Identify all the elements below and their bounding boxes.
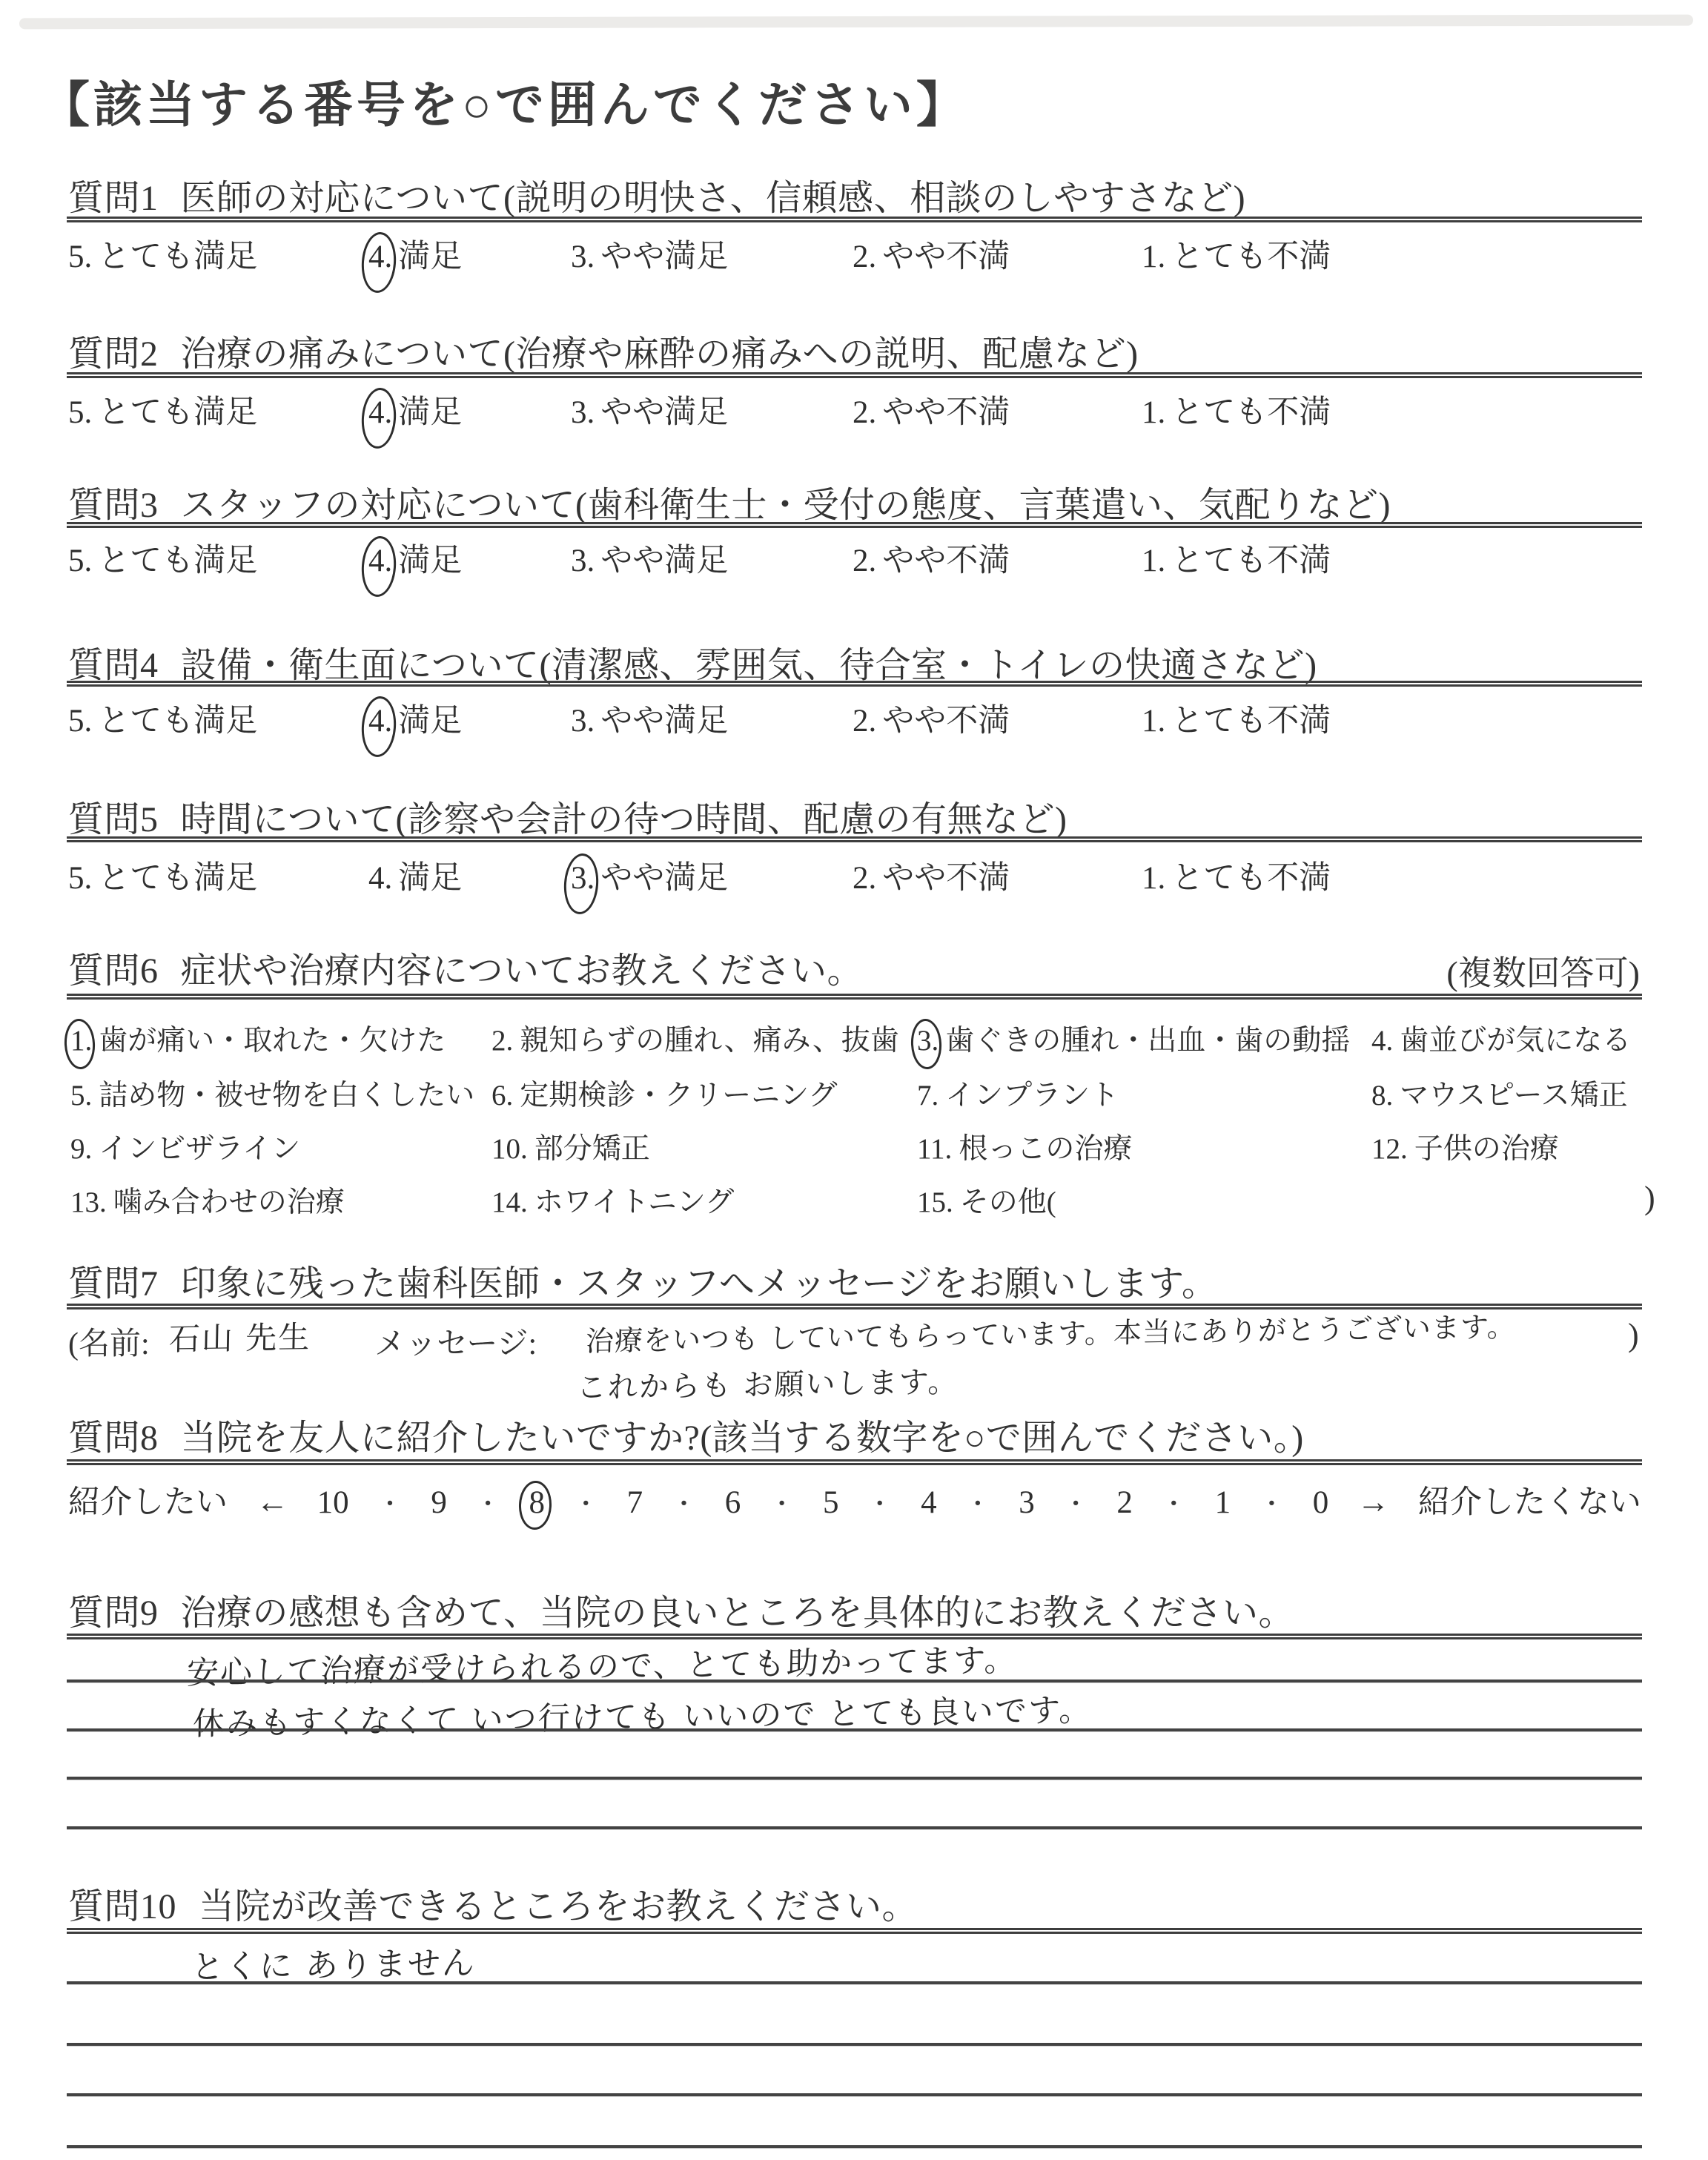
q6-item-14: 14.ホワイトニング bbox=[491, 1179, 734, 1221]
q6-item-11: 11.根っこの治療 bbox=[917, 1126, 1132, 1167]
option-3: 3.やや満足 bbox=[571, 231, 728, 277]
answer-rule-1 bbox=[67, 1981, 1642, 1984]
multiple-answers-note: (複数回答可) bbox=[1446, 946, 1640, 995]
option-3: 3.やや満足 bbox=[571, 535, 728, 581]
scale-right-label: 紹介したくない bbox=[1418, 1477, 1641, 1522]
option-1: 1.とても不満 bbox=[1142, 696, 1331, 741]
option-4-circled: 4.満足 bbox=[368, 387, 462, 432]
question-number: 質問1 bbox=[68, 179, 159, 218]
title-rule bbox=[67, 681, 1642, 687]
q6-item-2: 2.親知らずの腫れ、痛み、抜歯 bbox=[491, 1017, 899, 1059]
scale-3: 3 bbox=[1019, 1484, 1035, 1521]
handwritten-answer-line-1: とくに ありません bbox=[191, 1936, 476, 1988]
q6-item-13: 13.噛み合わせの治療 bbox=[70, 1179, 345, 1221]
scale-4: 4 bbox=[921, 1484, 937, 1521]
answer-rule-1 bbox=[67, 1680, 1642, 1682]
scan-artifact-band bbox=[19, 15, 1693, 30]
question-2-options: 5.とても満足 4.満足 3.やや満足 2.やや不満 1.とても不満 bbox=[0, 387, 1708, 432]
q6-item-4: 4.歯並びが気になる bbox=[1371, 1017, 1631, 1059]
scale-8-circled: 8 bbox=[529, 1484, 545, 1521]
circle-mark: 4. bbox=[368, 239, 392, 275]
option-4-circled: 4.満足 bbox=[368, 231, 462, 277]
recommend-scale-row: 紹介したい ← 10 ・ 9 ・ 8 ・ 7 ・ 6 ・ 5 ・ 4 ・ 3 ・… bbox=[68, 1477, 1641, 1522]
answer-rule-4 bbox=[67, 1826, 1642, 1829]
title-rule bbox=[67, 522, 1642, 528]
option-5: 5.とても満足 bbox=[68, 853, 257, 898]
scale-left-label: 紹介したい bbox=[68, 1477, 228, 1522]
question-1-options: 5.とても満足 4.満足 3.やや満足 2.やや不満 1.とても不満 bbox=[0, 231, 1708, 276]
q6-item-3-circled: 3.歯ぐきの腫れ・出血・歯の動揺 bbox=[917, 1017, 1350, 1059]
question-6-title: 質問6症状や治療内容についてお教えください。 bbox=[68, 942, 863, 993]
handwritten-answer-line-2: 休みもすくなくて いつ行けても いいので とても良いです。 bbox=[192, 1685, 1093, 1744]
q6-row-3: 9.インビザライン 10.部分矯正 11.根っこの治療 12.子供の治療 bbox=[0, 1126, 1708, 1170]
option-5: 5.とても満足 bbox=[68, 387, 257, 432]
handwritten-message-line-2: これからも お願いします。 bbox=[576, 1358, 959, 1407]
circle-mark: 4. bbox=[368, 703, 392, 739]
circle-mark: 4. bbox=[368, 394, 392, 431]
circle-mark: 4. bbox=[368, 543, 392, 579]
question-2-title: 質問2治療の痛みについて(治療や麻酔の痛みへの説明、配慮など) bbox=[68, 325, 1139, 376]
scale-10: 10 bbox=[317, 1484, 349, 1521]
option-4-circled: 4.満足 bbox=[368, 535, 462, 581]
title-rule bbox=[67, 372, 1642, 378]
right-arrow: → bbox=[1357, 1483, 1390, 1521]
option-4-circled: 4.満足 bbox=[368, 696, 462, 741]
option-2: 2.やや不満 bbox=[853, 853, 1010, 898]
q6-item-10: 10.部分矯正 bbox=[491, 1126, 650, 1167]
answer-rule-4 bbox=[67, 2145, 1642, 2148]
scanned-survey-page: 【該当する番号を○で囲んでください】 質問1医師の対応について(説明の明快さ、信… bbox=[0, 0, 1708, 2160]
message-prefix-label: メッセージ: bbox=[374, 1319, 537, 1364]
scale-2: 2 bbox=[1116, 1484, 1133, 1521]
answer-rule-3 bbox=[67, 1777, 1642, 1780]
q6-item-9: 9.インビザライン bbox=[70, 1126, 300, 1167]
page-title: 【該当する番号を○で囲んでください】 bbox=[41, 65, 969, 136]
title-rule bbox=[67, 217, 1642, 222]
handwritten-message-line-1: 治療をいつも していてもらっています。本当にありがとうございます。 bbox=[586, 1304, 1517, 1359]
question-9-title: 質問9治療の感想も含めて、当院の良いところを具体的にお教えください。 bbox=[68, 1584, 1294, 1635]
option-5: 5.とても満足 bbox=[68, 696, 257, 741]
answer-rule-2 bbox=[67, 1728, 1642, 1731]
option-4: 4.満足 bbox=[368, 853, 462, 898]
scale-6: 6 bbox=[725, 1484, 741, 1521]
answer-rule-2 bbox=[67, 2043, 1642, 2046]
q6-row-2: 5.詰め物・被せ物を白くしたい 6.定期検診・クリーニング 7.インプラント 8… bbox=[0, 1072, 1708, 1117]
option-5: 5.とても満足 bbox=[68, 231, 257, 277]
other-close-paren: ) bbox=[1644, 1179, 1655, 1217]
scale-0: 0 bbox=[1313, 1484, 1329, 1521]
answer-rule-3 bbox=[67, 2093, 1642, 2096]
name-prefix-label: (名前: bbox=[68, 1319, 150, 1364]
option-5: 5.とても満足 bbox=[68, 535, 257, 581]
q6-row-4: 13.噛み合わせの治療 14.ホワイトニング 15.その他( ) bbox=[0, 1179, 1708, 1223]
scale-7: 7 bbox=[627, 1484, 643, 1521]
question-5-title: 質問5時間について(診察や会計の待つ時間、配慮の有無など) bbox=[68, 790, 1067, 842]
question-10-title: 質問10当院が改善できるところをお教えください。 bbox=[68, 1877, 918, 1929]
question-text: 医師の対応について(説明の明快さ、信頼感、相談のしやすさなど) bbox=[181, 179, 1246, 218]
circle-mark: 3. bbox=[917, 1024, 939, 1057]
scale-9: 9 bbox=[431, 1484, 447, 1521]
q6-item-6: 6.定期検診・クリーニング bbox=[491, 1072, 837, 1114]
title-rule bbox=[67, 836, 1642, 842]
left-arrow: ← bbox=[256, 1483, 288, 1521]
question-4-title: 質問4設備・衛生面について(清潔感、雰囲気、待合室・トイレの快適さなど) bbox=[68, 636, 1317, 687]
q6-item-15-other: 15.その他( bbox=[917, 1179, 1056, 1221]
question-3-options: 5.とても満足 4.満足 3.やや満足 2.やや不満 1.とても不満 bbox=[0, 535, 1708, 580]
q6-item-7: 7.インプラント bbox=[917, 1072, 1119, 1114]
option-3: 3.やや満足 bbox=[571, 387, 728, 432]
q6-item-5: 5.詰め物・被せ物を白くしたい bbox=[70, 1072, 474, 1114]
question-7-title: 質問7印象に残った歯科医師・スタッフへメッセージをお願いします。 bbox=[68, 1255, 1217, 1306]
circle-mark: 3. bbox=[571, 860, 595, 896]
q6-item-8: 8.マウスピース矯正 bbox=[1371, 1072, 1628, 1114]
option-1: 1.とても不満 bbox=[1142, 853, 1331, 898]
title-rule bbox=[67, 994, 1642, 1000]
handwritten-answer-line-1: 安心して治療が受けられるので、とても助かってます。 bbox=[186, 1635, 1018, 1694]
option-3: 3.やや満足 bbox=[571, 696, 728, 741]
question-8-title: 質問8当院を友人に紹介したいですか?(該当する数字を○で囲んでください。) bbox=[68, 1409, 1304, 1460]
scale-5: 5 bbox=[823, 1484, 839, 1521]
option-2: 2.やや不満 bbox=[853, 535, 1010, 581]
question-1-title: 質問1医師の対応について(説明の明快さ、信頼感、相談のしやすさなど) bbox=[68, 169, 1245, 220]
option-2: 2.やや不満 bbox=[853, 387, 1010, 432]
q6-row-1: 1.歯が痛い・取れた・欠けた 2.親知らずの腫れ、痛み、抜歯 3.歯ぐきの腫れ・… bbox=[0, 1017, 1708, 1062]
question-4-options: 5.とても満足 4.満足 3.やや満足 2.やや不満 1.とても不満 bbox=[0, 696, 1708, 740]
circle-mark: 1. bbox=[70, 1024, 92, 1057]
q6-item-12: 12.子供の治療 bbox=[1371, 1126, 1559, 1167]
title-rule bbox=[67, 1928, 1642, 1934]
option-2: 2.やや不満 bbox=[853, 231, 1010, 277]
question-5-options: 5.とても満足 4.満足 3.やや満足 2.やや不満 1.とても不満 bbox=[0, 853, 1708, 897]
close-paren: ) bbox=[1628, 1316, 1639, 1354]
handwritten-name: 石山 先生 bbox=[168, 1312, 311, 1359]
option-2: 2.やや不満 bbox=[853, 696, 1010, 741]
q6-item-1-circled: 1.歯が痛い・取れた・欠けた bbox=[70, 1017, 446, 1059]
scale-1: 1 bbox=[1215, 1484, 1231, 1521]
option-1: 1.とても不満 bbox=[1142, 535, 1331, 581]
option-1: 1.とても不満 bbox=[1142, 387, 1331, 432]
option-1: 1.とても不満 bbox=[1142, 231, 1331, 277]
option-3-circled: 3.やや満足 bbox=[571, 853, 728, 898]
title-rule bbox=[67, 1459, 1642, 1465]
question-3-title: 質問3スタッフの対応について(歯科衛生士・受付の態度、言葉遣い、気配りなど) bbox=[68, 476, 1391, 527]
